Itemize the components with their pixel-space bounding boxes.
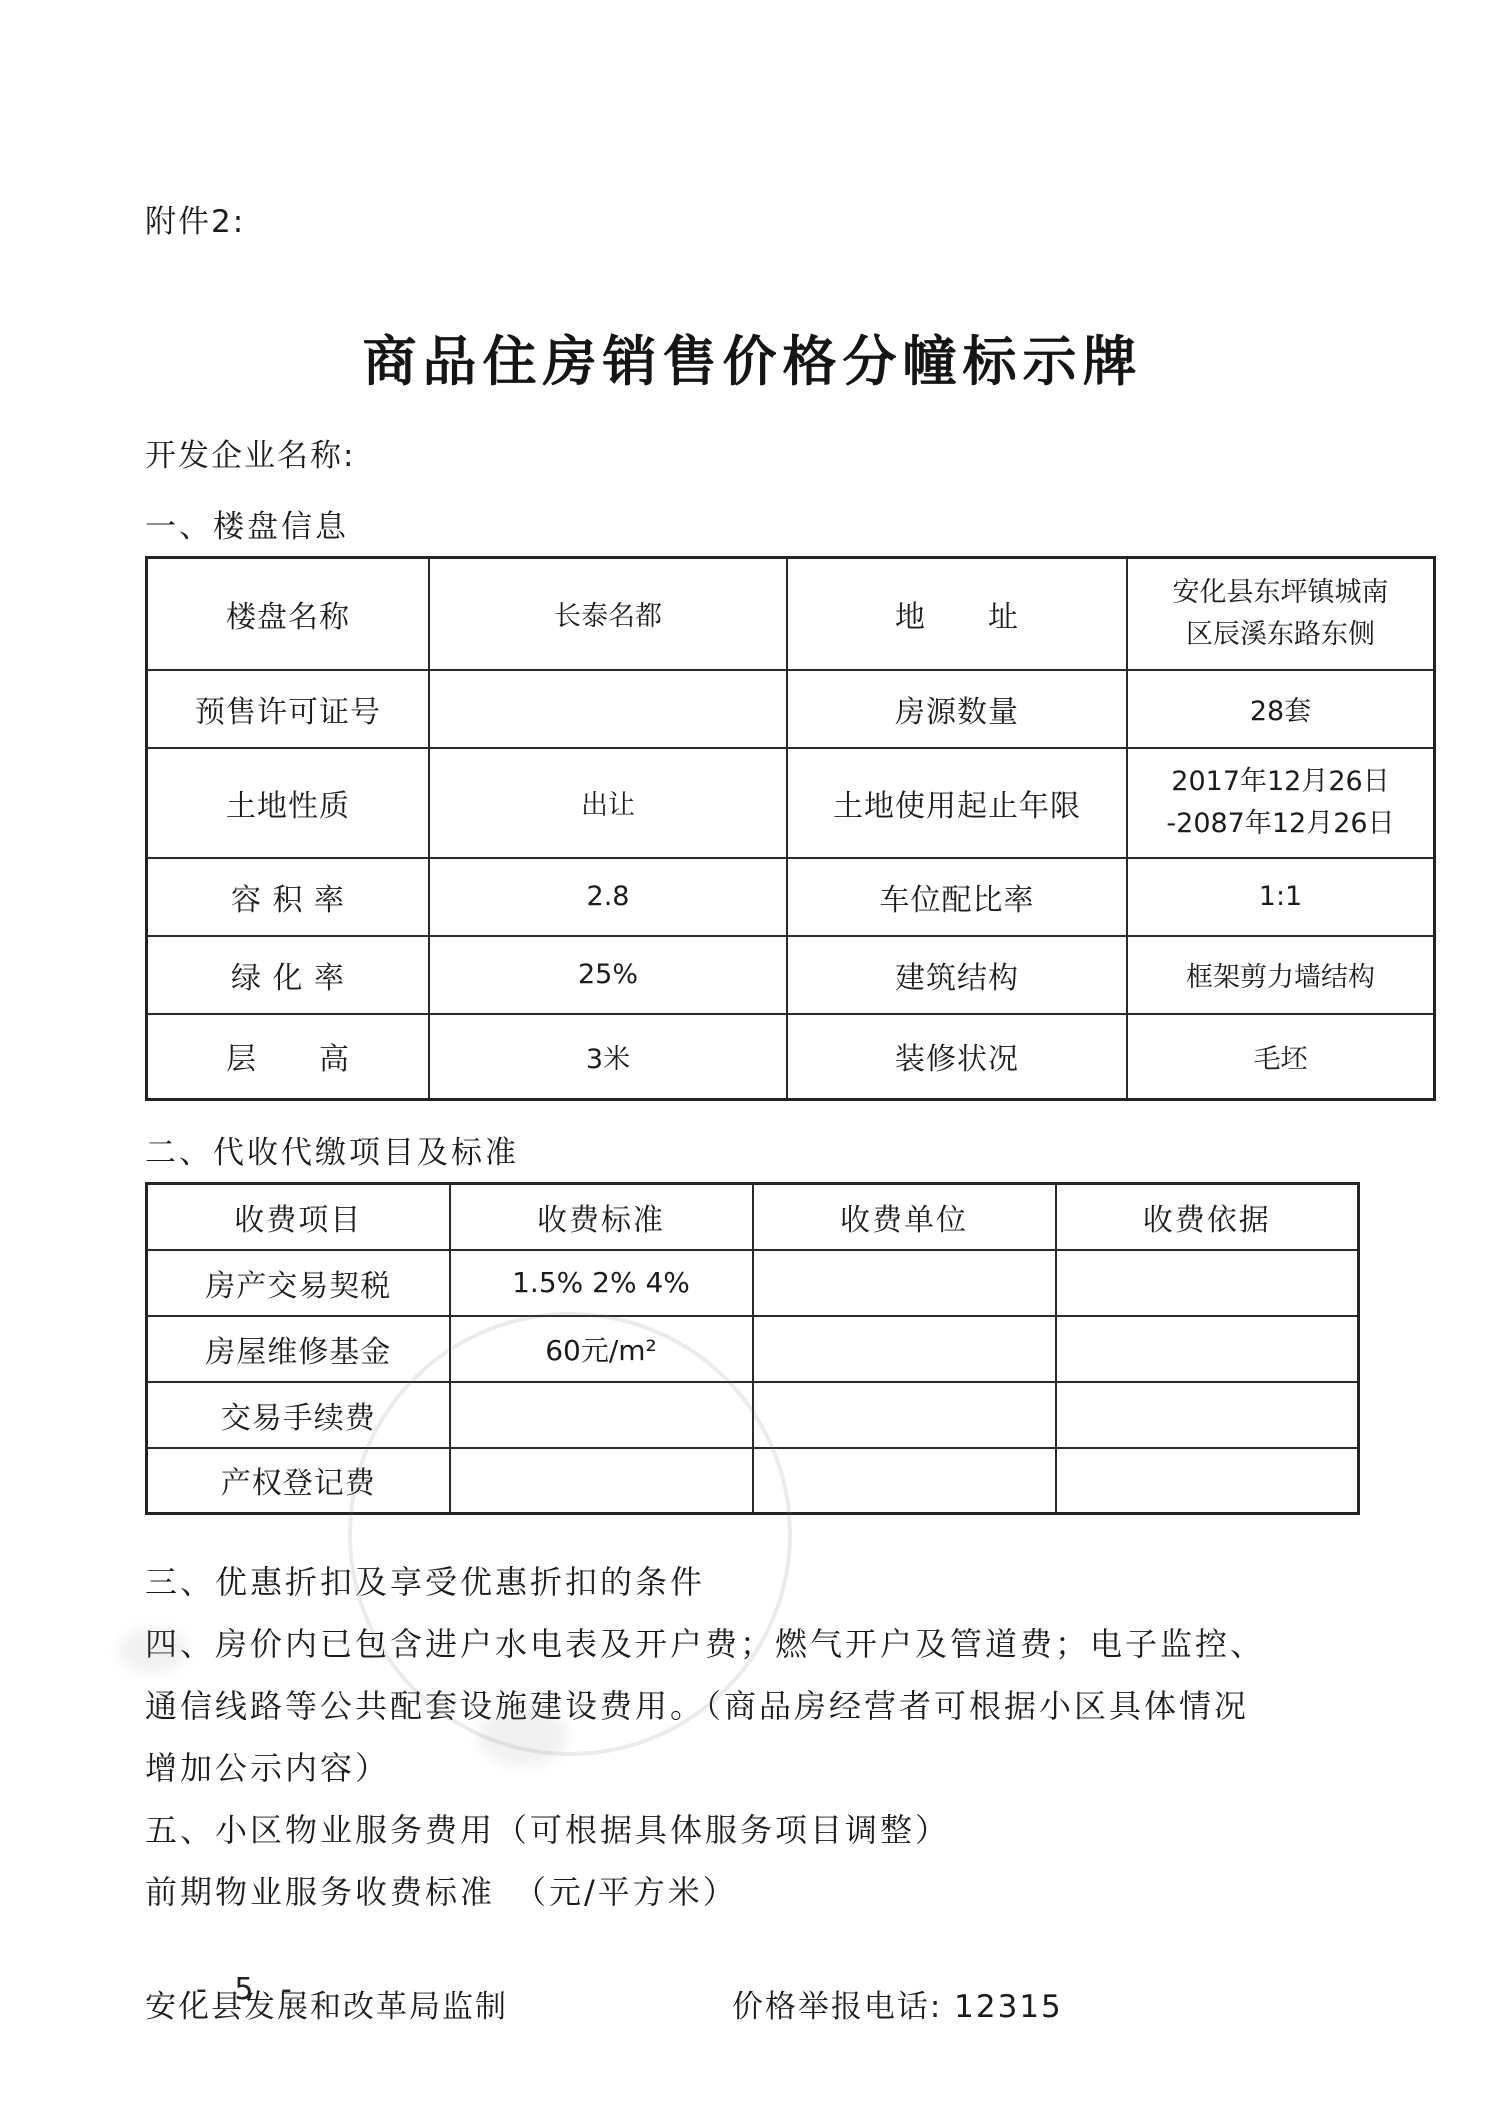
structure-label: 建筑结构 [787, 936, 1127, 1014]
fee-standard-header: 收费标准 [450, 1184, 753, 1250]
table-row: 预售许可证号 房源数量 28套 [147, 670, 1435, 748]
presale-permit-label: 预售许可证号 [147, 670, 430, 748]
land-use-term-value: 2017年12月26日 -2087年12月26日 [1127, 748, 1435, 858]
section3-line: 三、优惠折扣及享受优惠折扣的条件 [145, 1551, 1360, 1613]
page-title: 商品住房销售价格分幢标示牌 [145, 319, 1360, 396]
fee-unit-header: 收费单位 [753, 1184, 1056, 1250]
land-nature-label: 土地性质 [147, 748, 430, 858]
deed-tax-standard: 1.5% 2% 4% [450, 1250, 753, 1316]
registration-fee-basis [1056, 1448, 1359, 1514]
maintenance-fund-standard: 60元/m² [450, 1316, 753, 1382]
attachment-label: 附件2: [145, 196, 1360, 241]
section4-line1: 四、房价内已包含进户水电表及开户费；燃气开户及管道费；电子监控、 [145, 1613, 1360, 1675]
footer: 安化县发展和改革局监制 价格举报电话: 12315 [145, 1981, 1360, 2026]
building-info-table: 楼盘名称 长泰名都 地 址 安化县东坪镇城南 区辰溪东路东侧 预售许可证号 房源… [145, 556, 1436, 1101]
address-label: 地 址 [787, 558, 1127, 670]
parking-ratio-label: 车位配比率 [787, 858, 1127, 936]
section1-heading: 一、楼盘信息 [145, 501, 1360, 546]
table-row: 楼盘名称 长泰名都 地 址 安化县东坪镇城南 区辰溪东路东侧 [147, 558, 1435, 670]
decoration-value: 毛坯 [1127, 1014, 1435, 1100]
maintenance-fund-label: 房屋维修基金 [147, 1316, 450, 1382]
structure-value: 框架剪力墙结构 [1127, 936, 1435, 1014]
page-number: - 5 - [196, 1972, 301, 2007]
land-use-term-label: 土地使用起止年限 [787, 748, 1127, 858]
deed-tax-unit [753, 1250, 1056, 1316]
fees-table: 收费项目 收费标准 收费单位 收费依据 房产交易契税 1.5% 2% 4% 房屋… [145, 1182, 1360, 1515]
housing-count-label: 房源数量 [787, 670, 1127, 748]
parking-ratio-value: 1:1 [1127, 858, 1435, 936]
transaction-fee-basis [1056, 1382, 1359, 1448]
table-row: 容 积 率 2.8 车位配比率 1:1 [147, 858, 1435, 936]
greening-rate-label: 绿 化 率 [147, 936, 430, 1014]
maintenance-fund-unit [753, 1316, 1056, 1382]
floor-height-value: 3米 [429, 1014, 787, 1100]
registration-fee-standard [450, 1448, 753, 1514]
property-service-fee-line: 前期物业服务收费标准 （元/平方米） [145, 1861, 1360, 1923]
maintenance-fund-basis [1056, 1316, 1359, 1382]
price-hotline: 价格举报电话: 12315 [732, 1989, 1063, 2025]
transaction-fee-unit [753, 1382, 1056, 1448]
registration-fee-label: 产权登记费 [147, 1448, 450, 1514]
table-row: 层 高 3米 装修状况 毛坯 [147, 1014, 1435, 1100]
transaction-fee-label: 交易手续费 [147, 1382, 450, 1448]
decoration-label: 装修状况 [787, 1014, 1127, 1100]
plot-ratio-label: 容 积 率 [147, 858, 430, 936]
building-name-label: 楼盘名称 [147, 558, 430, 670]
registration-fee-unit [753, 1448, 1056, 1514]
table-row: 土地性质 出让 土地使用起止年限 2017年12月26日 -2087年12月26… [147, 748, 1435, 858]
presale-permit-value [429, 670, 787, 748]
table-row: 产权登记费 [147, 1448, 1359, 1514]
section4-line2: 通信线路等公共配套设施建设费用。（商品房经营者可根据小区具体情况 [145, 1675, 1360, 1737]
developer-name-label: 开发企业名称: [145, 430, 1360, 475]
housing-count-value: 28套 [1127, 670, 1435, 748]
plot-ratio-value: 2.8 [429, 858, 787, 936]
greening-rate-value: 25% [429, 936, 787, 1014]
section2-heading: 二、代收代缴项目及标准 [145, 1127, 1360, 1172]
section4-line3: 增加公示内容） [145, 1737, 1360, 1799]
deed-tax-label: 房产交易契税 [147, 1250, 450, 1316]
section5-line: 五、小区物业服务费用（可根据具体服务项目调整） [145, 1799, 1360, 1861]
floor-height-label: 层 高 [147, 1014, 430, 1100]
fee-item-header: 收费项目 [147, 1184, 450, 1250]
deed-tax-basis [1056, 1250, 1359, 1316]
fee-basis-header: 收费依据 [1056, 1184, 1359, 1250]
address-value: 安化县东坪镇城南 区辰溪东路东侧 [1127, 558, 1435, 670]
table-header-row: 收费项目 收费标准 收费单位 收费依据 [147, 1184, 1359, 1250]
notes-paragraph: 三、优惠折扣及享受优惠折扣的条件 四、房价内已包含进户水电表及开户费；燃气开户及… [145, 1551, 1360, 1923]
table-row: 房产交易契税 1.5% 2% 4% [147, 1250, 1359, 1316]
table-row: 房屋维修基金 60元/m² [147, 1316, 1359, 1382]
building-name-value: 长泰名都 [429, 558, 787, 670]
transaction-fee-standard [450, 1382, 753, 1448]
land-nature-value: 出让 [429, 748, 787, 858]
table-row: 绿 化 率 25% 建筑结构 框架剪力墙结构 [147, 936, 1435, 1014]
document-page: 附件2: 商品住房销售价格分幢标示牌 开发企业名称: 一、楼盘信息 楼盘名称 长… [145, 196, 1360, 2026]
table-row: 交易手续费 [147, 1382, 1359, 1448]
